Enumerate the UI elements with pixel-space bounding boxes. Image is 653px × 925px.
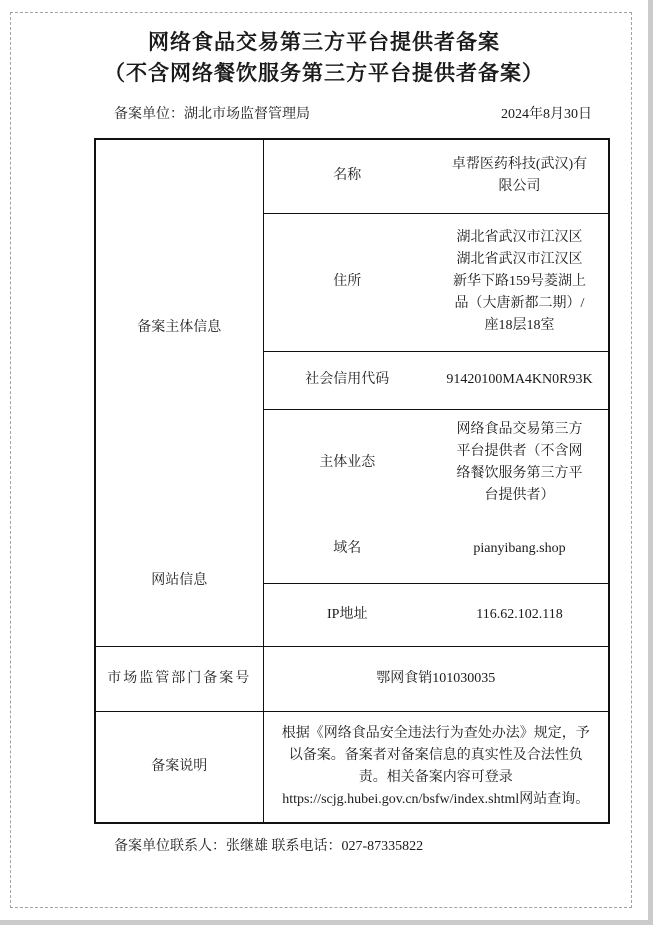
- ip-address-label: IP地址: [263, 583, 431, 646]
- domain-label: 域名: [263, 516, 431, 583]
- credit-code-value: 91420100MA4KN0R93K: [431, 351, 609, 409]
- ip-address-value: 116.62.102.118: [431, 583, 609, 646]
- row-name: 备案主体信息 名称 卓帮医药科技(武汉)有 限公司: [95, 139, 609, 213]
- explanation-value: 根据《网络食品安全违法行为查处办法》规定，予 以备案。备案者对备案信息的真实性及…: [263, 711, 609, 823]
- domain-value: pianyibang.shop: [431, 516, 609, 583]
- explanation-label: 备案说明: [95, 711, 263, 823]
- row-filing-number: 市场监管部门备案号 鄂网食销101030035: [95, 646, 609, 711]
- document-page: 网络食品交易第三方平台提供者备案 （不含网络餐饮服务第三方平台提供者备案） 备案…: [0, 0, 648, 920]
- group-cell-subject-info: 备案主体信息: [95, 139, 263, 516]
- filing-unit-text: 备案单位：湖北市场监督管理局: [114, 106, 310, 123]
- address-label: 住所: [263, 213, 431, 351]
- group-cell-website-info: 网站信息: [95, 516, 263, 646]
- name-value: 卓帮医药科技(武汉)有 限公司: [431, 139, 609, 213]
- credit-code-label: 社会信用代码: [263, 351, 431, 409]
- business-type-value: 网络食品交易第三方 平台提供者（不含网 络餐饮服务第三方平 台提供者）: [431, 409, 609, 516]
- filing-date-text: 2024年8月30日: [501, 106, 592, 123]
- document-title-line1: 网络食品交易第三方平台提供者备案: [0, 27, 648, 58]
- filing-number-label: 市场监管部门备案号: [95, 646, 263, 711]
- document-title: 网络食品交易第三方平台提供者备案 （不含网络餐饮服务第三方平台提供者备案）: [0, 0, 648, 89]
- row-domain: 网站信息 域名 pianyibang.shop: [95, 516, 609, 583]
- contact-line: 备案单位联系人：张继雄 联系电话：027-87335822: [114, 838, 648, 856]
- name-label: 名称: [263, 139, 431, 213]
- filing-table: 备案主体信息 名称 卓帮医药科技(武汉)有 限公司 住所 湖北省武汉市江汉区 湖…: [94, 138, 610, 824]
- filing-number-value: 鄂网食销101030035: [263, 646, 609, 711]
- address-value: 湖北省武汉市江汉区 湖北省武汉市江汉区 新华下路159号菱湖上 品（大唐新都二期…: [431, 213, 609, 351]
- row-explanation: 备案说明 根据《网络食品安全违法行为查处办法》规定，予 以备案。备案者对备案信息…: [95, 711, 609, 823]
- document-title-line2: （不含网络餐饮服务第三方平台提供者备案）: [0, 58, 648, 89]
- business-type-label: 主体业态: [263, 409, 431, 516]
- meta-row: 备案单位：湖北市场监督管理局 2024年8月30日: [94, 106, 608, 123]
